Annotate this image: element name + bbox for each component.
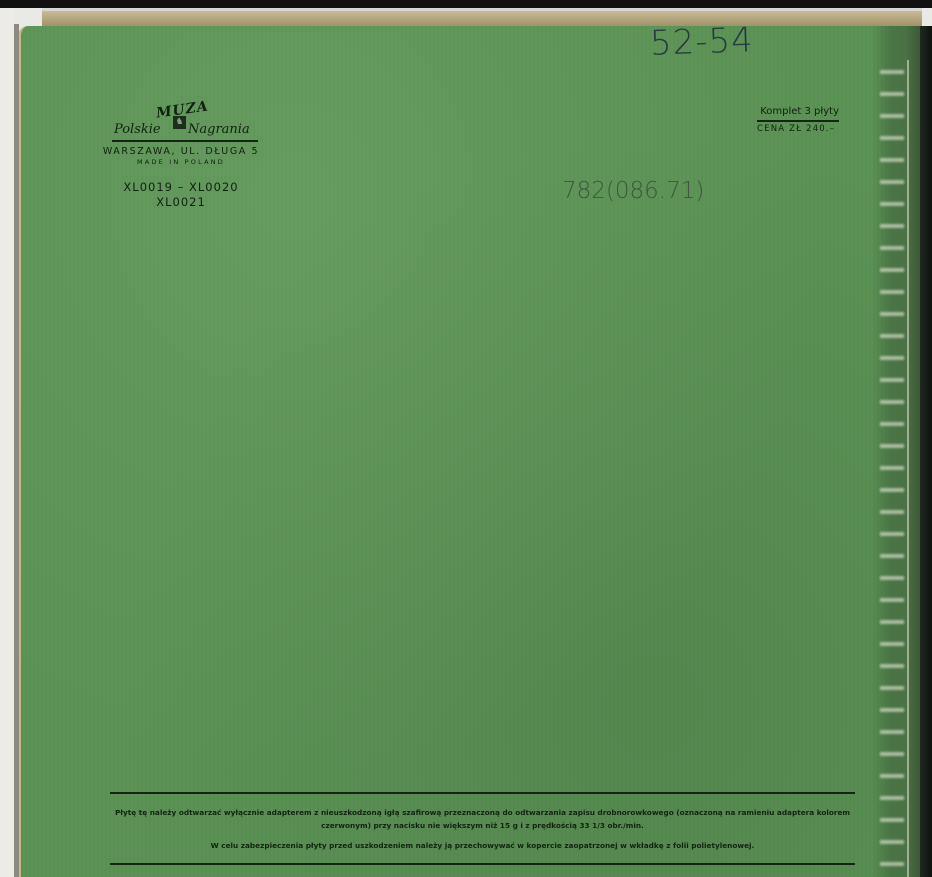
scan-background	[0, 8, 14, 877]
binding-edge-highlight	[907, 60, 909, 877]
set-count: Komplet 3 płyty	[757, 106, 839, 117]
logo-underline	[112, 140, 258, 142]
price-text: CENA ZŁ 240.–	[757, 124, 839, 134]
handwritten-classification-note: 782(086.71)	[562, 178, 704, 204]
price-divider	[757, 120, 839, 122]
storage-instructions: W celu zabezpieczenia płyty przed uszkod…	[110, 841, 855, 850]
logo-nagrania-text: Nagrania	[188, 122, 250, 137]
notice-top-rule	[110, 792, 855, 794]
logo-polskie-text: Polskie	[114, 122, 161, 137]
catalog-line-2: XL0021	[100, 195, 262, 210]
scan-top-border	[0, 0, 932, 8]
publisher-label: MUZA ♞ Polskie Nagrania WARSZAWA, UL. DŁ…	[100, 102, 262, 210]
catalog-line-1: XL0019 – XL0020	[100, 180, 262, 195]
price-block: Komplet 3 płyty CENA ZŁ 240.–	[757, 106, 839, 134]
handwritten-range-note: 52-54	[649, 20, 754, 64]
made-in-text: MADE IN POLAND	[100, 158, 262, 166]
logo-emblem-icon: ♞	[173, 116, 186, 129]
sleeve-left-edge	[14, 24, 19, 877]
catalog-numbers: XL0019 – XL0020 XL0021	[100, 180, 262, 210]
care-instructions: Płytę tę należy odtwarzać wyłącznie adap…	[110, 806, 855, 832]
publisher-address: WARSZAWA, UL. DŁUGA 5	[100, 146, 262, 157]
plastic-binding-spiral	[880, 60, 904, 877]
sleeve-right-edge	[920, 26, 932, 877]
muza-logo: MUZA ♞ Polskie Nagrania	[100, 102, 262, 140]
care-notice: Płytę tę należy odtwarzać wyłącznie adap…	[110, 792, 855, 865]
notice-bottom-rule	[110, 863, 855, 865]
